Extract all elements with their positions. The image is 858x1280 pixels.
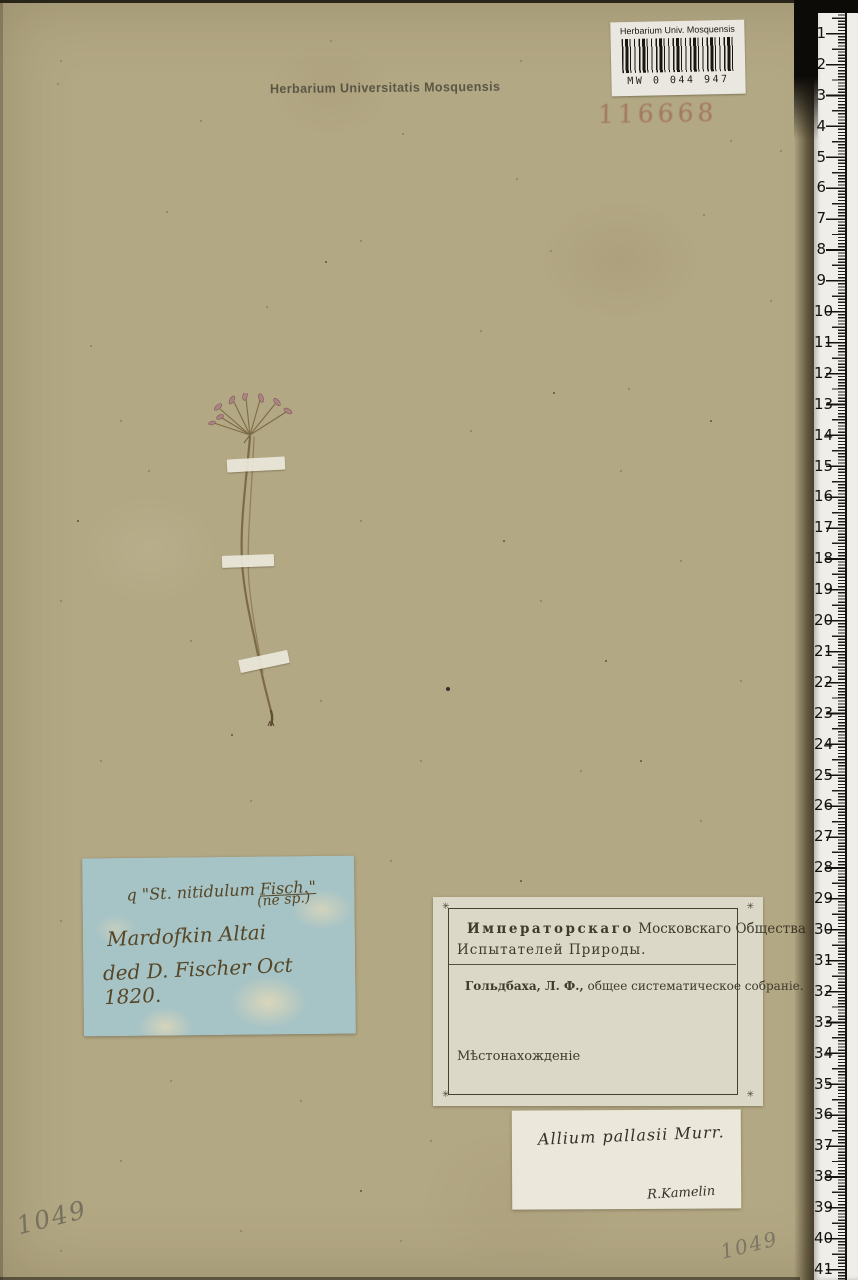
ruler-number: 29 [814,889,826,907]
ruler-number: 38 [814,1167,826,1185]
ruler-number: 33 [814,1013,826,1031]
mounting-tape-strip [222,554,274,568]
determiner-signature: R.Kamelin [647,1184,716,1203]
determined-species-name: Allium pallasii Murr. [538,1122,725,1148]
ruler-number: 40 [814,1229,826,1247]
sheet-number-bottom-left: 1049 [14,1195,91,1240]
ruler-number: 20 [814,611,826,629]
ruler-number: 22 [814,673,826,691]
corner-ornament-icon: ✳ [442,903,450,912]
ruler-number: 10 [814,302,826,320]
ruler-number: 39 [814,1198,826,1216]
ruler-number: 37 [814,1136,826,1154]
ruler-number: 27 [814,827,826,845]
ruler: 1234567891011121314151617181920212223242… [814,0,858,1280]
ruler-number: 34 [814,1044,826,1062]
ruler-baseline [845,2,847,1280]
ruler-number: 31 [814,951,826,969]
barcode-label: Herbarium Univ. Mosquensis MW 0 044 947 [610,20,746,97]
ruler-numbers: 1234567891011121314151617181920212223242… [814,0,826,1280]
ruler-number: 11 [814,333,826,351]
barcode-label-title: Herbarium Univ. Mosquensis [620,24,735,36]
ruler-number: 18 [814,549,826,567]
ruler-number: 14 [814,426,826,444]
ruler-number: 16 [814,487,826,505]
scan-black-edge [794,0,818,140]
ruler-number: 21 [814,642,826,660]
handwritten-blue-label: q "St. nitidulum Fisch." (ne sp.) Mardof… [82,856,356,1037]
collection-name-rest: общее систематическое собраніе. [584,979,804,993]
location-field-label: Мѣстонахожденіе [457,1049,580,1064]
blue-label-collector-line: ded D. Fischer Oct 1820. [102,951,338,1010]
ruler-number: 23 [814,704,826,722]
ruler-number: 28 [814,858,826,876]
printed-society-label: ✳ ✳ ✳ ✳ Императорскаго Московскаго Общес… [433,897,763,1106]
accession-number-stamp: 116668 [598,98,718,129]
ruler-number: 41 [814,1260,826,1278]
ruler-number: 9 [814,271,826,289]
ruler-number: 7 [814,209,826,227]
determination-label: Allium pallasii Murr. R.Kamelin [512,1109,742,1209]
ruler-number: 6 [814,178,826,196]
ruler-number: 35 [814,1075,826,1093]
ruler-shadow-gap [794,0,816,1280]
barcode-icon [622,37,735,73]
society-title-line1: Императорскаго Московскаго Общества [467,921,806,937]
sheet-number-bottom-right: 1049 [718,1226,781,1264]
ruler-number: 12 [814,364,826,382]
society-title-rest: Московскаго Общества [634,921,806,937]
blue-label-locality-line: Mardofkin Altai [106,917,337,951]
ruler-number: 25 [814,766,826,784]
society-label-divider [449,964,736,965]
corner-ornament-icon: ✳ [746,1091,754,1100]
corner-ornament-icon: ✳ [746,903,754,912]
ruler-number: 26 [814,796,826,814]
sheet-top-edge [0,0,858,3]
herbarium-ink-stamp: Herbarium Universitatis Mosquensis [270,80,500,96]
ruler-number: 30 [814,920,826,938]
ruler-number: 36 [814,1105,826,1123]
barcode-number: MW 0 044 947 [627,74,729,87]
ruler-number: 17 [814,518,826,536]
society-title-bold: Императорскаго [467,921,634,937]
society-collection-line: Гольдбаха, Л. Ф., общее систематическое … [465,979,804,993]
ruler-number: 32 [814,982,826,1000]
ruler-number: 8 [814,240,826,258]
ruler-number: 5 [814,148,826,166]
ruler-number: 15 [814,457,826,475]
corner-ornament-icon: ✳ [442,1091,450,1100]
collection-name-bold: Гольдбаха, Л. Ф., [465,979,584,993]
sheet-left-edge [0,0,3,1280]
ruler-number: 24 [814,735,826,753]
society-title-line2: Испытателей Природы. [457,942,646,958]
ruler-number: 13 [814,395,826,413]
ruler-number: 19 [814,580,826,598]
